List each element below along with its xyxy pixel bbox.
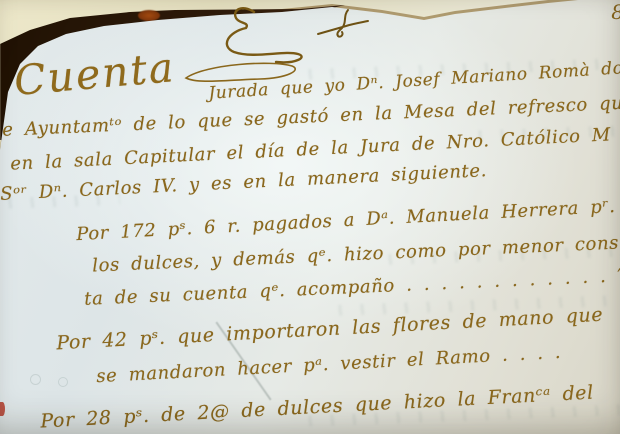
red-fleck (0, 402, 5, 416)
rust-stain (138, 10, 160, 21)
manuscript-photo: Cuenta Jurada que yo Dⁿ. Josef Mariano R… (0, 0, 620, 434)
page-number: 8 (611, 0, 620, 24)
ghost-ring-mark (30, 374, 41, 385)
ghost-ring-mark (58, 377, 68, 387)
